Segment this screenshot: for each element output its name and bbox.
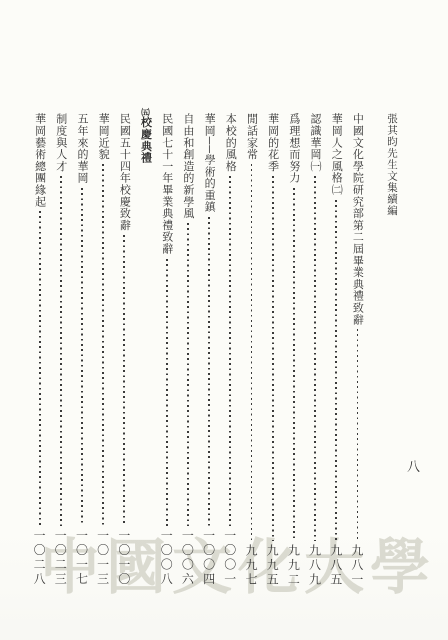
page-number: 九八九 bbox=[307, 544, 324, 588]
dot-leader bbox=[293, 188, 295, 541]
dot-leader bbox=[187, 223, 189, 526]
dot-leader bbox=[81, 188, 83, 526]
entry-title: 民國五十四年校慶致辭 bbox=[116, 113, 132, 231]
page-number: 一〇二三 bbox=[52, 529, 69, 587]
page-number: 九九五 bbox=[264, 544, 281, 588]
page-number: 九九二 bbox=[285, 544, 302, 588]
page-number: 一〇二八 bbox=[31, 529, 48, 587]
toc-entry: 民國五十四年校慶致辭 一〇一〇 bbox=[114, 113, 135, 587]
page-number: 一〇一〇 bbox=[116, 529, 133, 587]
dot-leader bbox=[123, 235, 125, 526]
page-number: 一〇〇六 bbox=[179, 529, 196, 587]
entry-title: 中國文化學院研究部第二屆畢業典禮致辭 bbox=[349, 113, 365, 325]
entry-title: 華岡──學術的重鎮 bbox=[201, 113, 217, 213]
entry-title: 華岡近貌 bbox=[95, 113, 111, 160]
toc-entry: 華岡──學術的重鎮 一〇〇四 bbox=[199, 113, 220, 587]
section-number: ㈤ bbox=[141, 108, 151, 117]
entry-title: 制度與人才 bbox=[53, 113, 69, 172]
dot-leader bbox=[102, 164, 104, 526]
toc-entry: 民國七十一年畢業典禮致辭 一〇〇八 bbox=[156, 113, 177, 587]
page-number: 一〇〇四 bbox=[201, 529, 218, 587]
entry-title: 自由和創造的新學風 bbox=[180, 113, 196, 219]
dot-leader bbox=[314, 176, 316, 541]
dot-leader bbox=[251, 164, 253, 540]
section-title-text: 校慶典禮 bbox=[140, 117, 152, 164]
entry-title: ㈤校慶典禮 bbox=[138, 108, 154, 164]
dot-leader bbox=[39, 211, 41, 526]
dot-leader bbox=[272, 176, 274, 541]
toc-entry: 閒話家常 九九七 bbox=[241, 113, 262, 587]
scanned-toc-page: 中國文化大學 張其昀先生文集續編 八 中國文化學院研究部第二屆畢業典禮致辭 九八… bbox=[0, 0, 448, 640]
toc-entry: 認識華岡㈠ 九八九 bbox=[304, 113, 325, 587]
folio-page-number: 八 bbox=[407, 456, 420, 475]
toc-entry: 中國文化學院研究部第二屆畢業典禮致辭 九八一 bbox=[347, 113, 368, 587]
dot-leader bbox=[60, 176, 62, 526]
page-number: 九八五 bbox=[328, 544, 345, 588]
page-number: 一〇〇八 bbox=[158, 529, 175, 587]
dot-leader bbox=[166, 259, 168, 526]
dot-leader bbox=[357, 329, 359, 540]
toc-entry: 自由和創造的新學風 一〇〇六 bbox=[177, 113, 198, 587]
entry-title: 華岡的花季 bbox=[265, 113, 281, 172]
toc-section-header: ㈤校慶典禮 bbox=[135, 113, 156, 587]
dot-leader bbox=[335, 200, 337, 541]
entry-title: 民國七十一年畢業典禮致辭 bbox=[159, 113, 175, 255]
toc-entry: 五年來的華岡 一〇一七 bbox=[71, 113, 92, 587]
entry-title: 閒話家常 bbox=[243, 113, 259, 160]
dot-leader bbox=[208, 217, 210, 526]
toc-entry: 爲理想而努力 九九二 bbox=[283, 113, 304, 587]
page-number: 九八一 bbox=[349, 544, 366, 588]
table-of-contents: 中國文化學院研究部第二屆畢業典禮致辭 九八一 華岡人之風格㈡ 九八五 認識華岡㈠… bbox=[29, 113, 368, 587]
toc-entry: 本校的風格 一〇〇一 bbox=[220, 113, 241, 587]
toc-entry: 華岡藝術總團緣起 一〇二八 bbox=[29, 113, 50, 587]
toc-entry: 制度與人才 一〇二三 bbox=[50, 113, 71, 587]
toc-entry: 華岡的花季 九九五 bbox=[262, 113, 283, 587]
entry-title: 華岡人之風格㈡ bbox=[328, 113, 344, 196]
page-number: 一〇一七 bbox=[73, 529, 90, 587]
toc-entry: 華岡近貌 一〇一三 bbox=[93, 113, 114, 587]
entry-title: 五年來的華岡 bbox=[74, 113, 90, 184]
entry-title: 華岡藝術總團緣起 bbox=[32, 113, 48, 207]
entry-title: 認識華岡㈠ bbox=[307, 113, 323, 172]
entry-title: 爲理想而努力 bbox=[286, 113, 302, 184]
dot-leader bbox=[229, 176, 231, 526]
running-title: 張其昀先生文集續編 bbox=[384, 113, 399, 217]
toc-entry: 華岡人之風格㈡ 九八五 bbox=[326, 113, 347, 587]
page-number: 一〇一三 bbox=[95, 529, 112, 587]
page-number: 一〇〇一 bbox=[222, 529, 239, 587]
page-number: 九九七 bbox=[243, 544, 260, 588]
entry-title: 本校的風格 bbox=[222, 113, 238, 172]
